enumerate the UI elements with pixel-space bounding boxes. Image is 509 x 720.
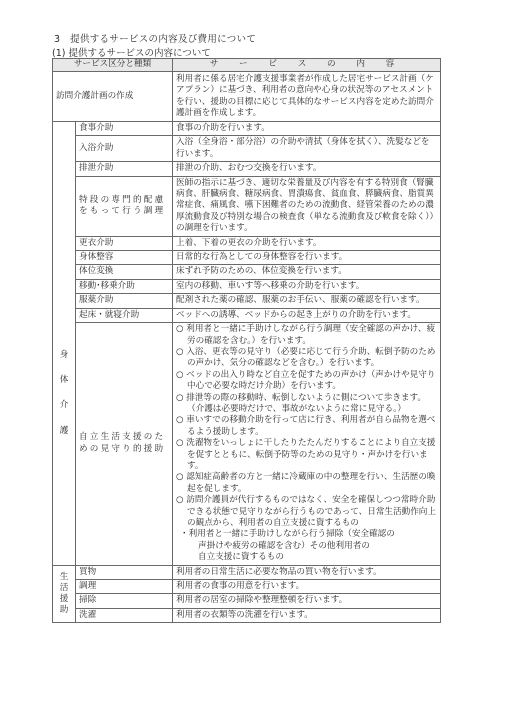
row-label: 入浴介助 [76,136,173,162]
service-content-table: サービス区分と種類 サ ー ビ ス の 内 容 訪問介護計画の作成 利用者に係る… [52,58,441,623]
bullet-item: ○ 利用者と一緒に手助けしながら行う調理（安全確認の声かけ、疲労の確認を含む。）… [176,324,437,347]
row-label: 洗濯 [76,608,173,622]
bullet-item: ○ 洗濯物をいっしょに干したりたたんだりすることにより自立支援を促すとともに、転… [176,438,437,472]
row-content: 利用者の衣類等の洗濯を行います。 [173,608,441,622]
table-row: 洗濯 利用者の衣類等の洗濯を行います。 [53,608,441,622]
row-label: 自立生活支援のための見守り的援助 [76,323,173,566]
table-row-care-plan: 訪問介護計画の作成 利用者に係る居宅介護支援事業者が作成した居宅サービス計画（ケ… [53,72,441,122]
bullet-item: ○ 排泄等の際の移動時、転倒しないように側について歩きます。（介護は必要時だけで… [176,393,437,416]
subsection-title: (1) 提供するサービスの内容について [52,45,211,59]
row-content: 入浴（全身浴・部分浴）の介助や清拭（身体を拭く）、洗髪などを行います。 [173,136,441,162]
row-label: 買物 [76,565,173,579]
row-content: 利用者の食事の用意を行います。 [173,580,441,594]
section-title: 3 提供するサービスの内容及び費用について [54,31,256,45]
row-content: 室内の移動、車いす等へ移乗の介助を行います。 [173,279,441,293]
row-label: 身体整容 [76,251,173,265]
sub-bullet-line: 声掛けや疲労の確認を含む）その他利用者の [176,541,437,552]
bullet-item: ○ 入浴、更衣等の見守り（必要に応じて行う介助、転倒予防のための声かけ、気分の確… [176,347,437,370]
row-label: 起床・就寝介助 [76,308,173,322]
sub-bullet-line: ・利用者と一緒に手助けしながら行う掃除（安全確認の [176,529,437,540]
row-content: 排泄の介助、おむつ交換を行います。 [173,162,441,176]
table-row: 起床・就寝介助 ベッドへの誘導、ベッドからの起き上がりの介助を行います。 [53,308,441,322]
bullet-item: ○ 認知症高齢者の方と一緒に冷蔵庫の中の整理を行い、生活歴の喚起を促します。 [176,472,437,495]
table-row: 服薬介助 配剤された薬の確認、服薬のお手伝い、服薬の確認を行います。 [53,294,441,308]
row-label: 服薬介助 [76,294,173,308]
sub-bullet-line: 自立支援に資するもの [176,552,437,563]
row-label: 調理 [76,580,173,594]
row-label: 更衣介助 [76,236,173,250]
row-label: 体位変換 [76,265,173,279]
bullet-item: ○ 訪問介護員が代行するものではなく、安全を確保しつつ常時介助できる状態で見守り… [176,495,437,529]
row-label: 排泄介助 [76,162,173,176]
table-row: 身 体 介 護 食事介助 食事の介助を行います。 [53,122,441,136]
group-label-living-support: 生 活 援 助 [53,565,76,623]
table-row: 特段の専門的配慮をもって行う調理 医師の指示に基づき、適切な栄養量及び内容を有す… [53,176,441,236]
table-row: 体位変換 床ずれ予防のための、体位変換を行います。 [53,265,441,279]
table-row-independence-support: 自立生活支援のための見守り的援助 ○ 利用者と一緒に手助けしながら行う調理（安全… [53,323,441,566]
row-content: 配剤された薬の確認、服薬のお手伝い、服薬の確認を行います。 [173,294,441,308]
row-content: 医師の指示に基づき、適切な栄養量及び内容を有する特別食（腎臓病食、肝臓病食、糖尿… [173,176,441,236]
header-category: サービス区分と種類 [53,59,173,72]
row-label: 移動･移乗介助 [76,279,173,293]
table-row: 掃除 利用者の居室の掃除や整理整頓を行います。 [53,594,441,608]
row-label: 食事介助 [76,122,173,136]
row-content: 食事の介助を行います。 [173,122,441,136]
row-content: ○ 利用者と一緒に手助けしながら行う調理（安全確認の声かけ、疲労の確認を含む。）… [173,323,441,566]
table-row: 調理 利用者の食事の用意を行います。 [53,580,441,594]
row-label: 掃除 [76,594,173,608]
row-content: 利用者の日常生活に必要な物品の買い物を行います。 [173,565,441,579]
table-row: 排泄介助 排泄の介助、おむつ交換を行います。 [53,162,441,176]
header-content: サ ー ビ ス の 内 容 [173,59,441,72]
row-content: 利用者に係る居宅介護支援事業者が作成した居宅サービス計画（ケアプラン）に基づき、… [173,72,441,122]
row-content: ベッドへの誘導、ベッドからの起き上がりの介助を行います。 [173,308,441,322]
table-row: 入浴介助 入浴（全身浴・部分浴）の介助や清拭（身体を拭く）、洗髪などを行います。 [53,136,441,162]
table-row: 更衣介助 上着、下着の更衣の介助を行います。 [53,236,441,250]
group-label-physical-care: 身 体 介 護 [53,122,76,566]
table-row: 生 活 援 助 買物 利用者の日常生活に必要な物品の買い物を行います。 [53,565,441,579]
row-content: 上着、下着の更衣の介助を行います。 [173,236,441,250]
row-label: 訪問介護計画の作成 [53,72,173,122]
table-header-row: サービス区分と種類 サ ー ビ ス の 内 容 [53,59,441,72]
bullet-item: ○ ベッドの出入り時など自立を促すための声かけ（声かけや見守り中心で必要な時だけ… [176,370,437,393]
table-row: 移動･移乗介助 室内の移動、車いす等へ移乗の介助を行います。 [53,279,441,293]
bullet-item: ○ 車いすでの移動介助を行って店に行き、利用者が自ら品物を選べるよう援助します。 [176,415,437,438]
row-label: 特段の専門的配慮をもって行う調理 [76,176,173,236]
row-content: 日常的な行為としての身体整容を行います。 [173,251,441,265]
row-content: 床ずれ予防のための、体位変換を行います。 [173,265,441,279]
row-content: 利用者の居室の掃除や整理整頓を行います。 [173,594,441,608]
table-row: 身体整容 日常的な行為としての身体整容を行います。 [53,251,441,265]
